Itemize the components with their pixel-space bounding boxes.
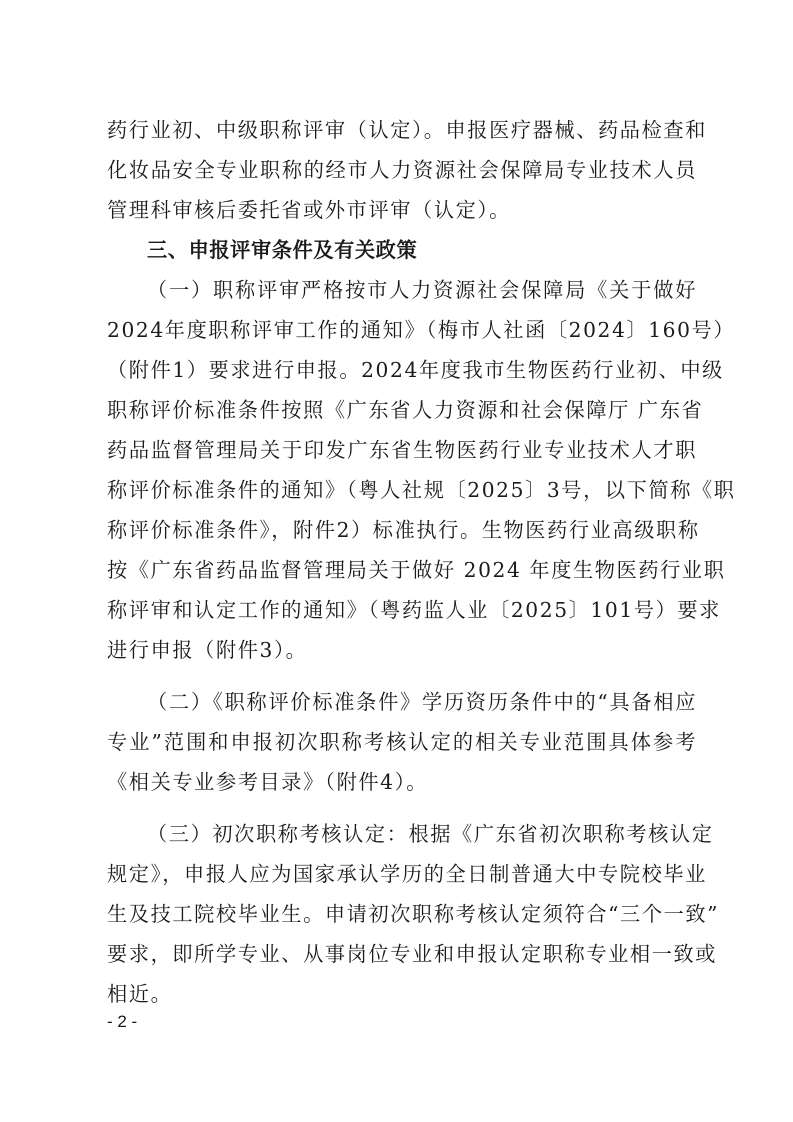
- paragraph-line: 相近。: [107, 974, 697, 1014]
- paragraph-line: （附件1）要求进行申报。2024年度我市生物医药行业初、中级: [107, 350, 697, 390]
- document-page: 药行业初、中级职称评审（认定）。申报医疗器械、药品检查和 化妆品安全专业职称的经…: [0, 0, 793, 1122]
- paragraph-line: 化妆品安全专业职称的经市人力资源社会保障局专业技术人员: [107, 150, 697, 190]
- paragraph-line: 专业”范围和申报初次职称考核认定的相关专业范围具体参考: [107, 722, 697, 762]
- paragraph-line: 进行申报（附件3）。: [107, 630, 697, 670]
- paragraph-line: （三）初次职称考核认定：根据《广东省初次职称考核认定: [147, 814, 697, 854]
- paragraph-line: 称评价标准条件的通知》（粤人社规〔2025〕3号，以下简称《职: [107, 470, 697, 510]
- paragraph-line: （一）职称评审严格按市人力资源社会保障局《关于做好: [147, 270, 697, 310]
- paragraph-line: 要求，即所学专业、从事岗位专业和申报认定职称专业相一致或: [107, 934, 697, 974]
- paragraph-line: 2024年度职称评审工作的通知》（梅市人社函〔2024〕160号）: [107, 310, 697, 350]
- paragraph-line: 按《广东省药品监督管理局关于做好 2024 年度生物医药行业职: [107, 550, 697, 590]
- paragraph-line: 药品监督管理局关于印发广东省生物医药行业专业技术人才职: [107, 430, 697, 470]
- paragraph-line: 药行业初、中级职称评审（认定）。申报医疗器械、药品检查和: [107, 110, 697, 150]
- paragraph-line: 称评审和认定工作的通知》（粤药监人业〔2025〕101号）要求: [107, 590, 697, 630]
- section-heading: 三、申报评审条件及有关政策: [147, 230, 697, 270]
- paragraph-line: 称评价标准条件》，附件2）标准执行。生物医药行业高级职称: [107, 510, 697, 550]
- paragraph-line: 职称评价标准条件按照《广东省人力资源和社会保障厅 广东省: [107, 390, 697, 430]
- paragraph-line: 规定》，申报人应为国家承认学历的全日制普通大中专院校毕业: [107, 854, 697, 894]
- paragraph-line: （二）《职称评价标准条件》学历资历条件中的“具备相应: [147, 682, 697, 722]
- paragraph-line: 《相关专业参考目录》（附件4）。: [107, 762, 697, 802]
- page-number: - 2 -: [107, 1012, 137, 1032]
- paragraph-line: 管理科审核后委托省或外市评审（认定）。: [107, 190, 697, 230]
- paragraph-line: 生及技工院校毕业生。申请初次职称考核认定须符合“三个一致”: [107, 894, 697, 934]
